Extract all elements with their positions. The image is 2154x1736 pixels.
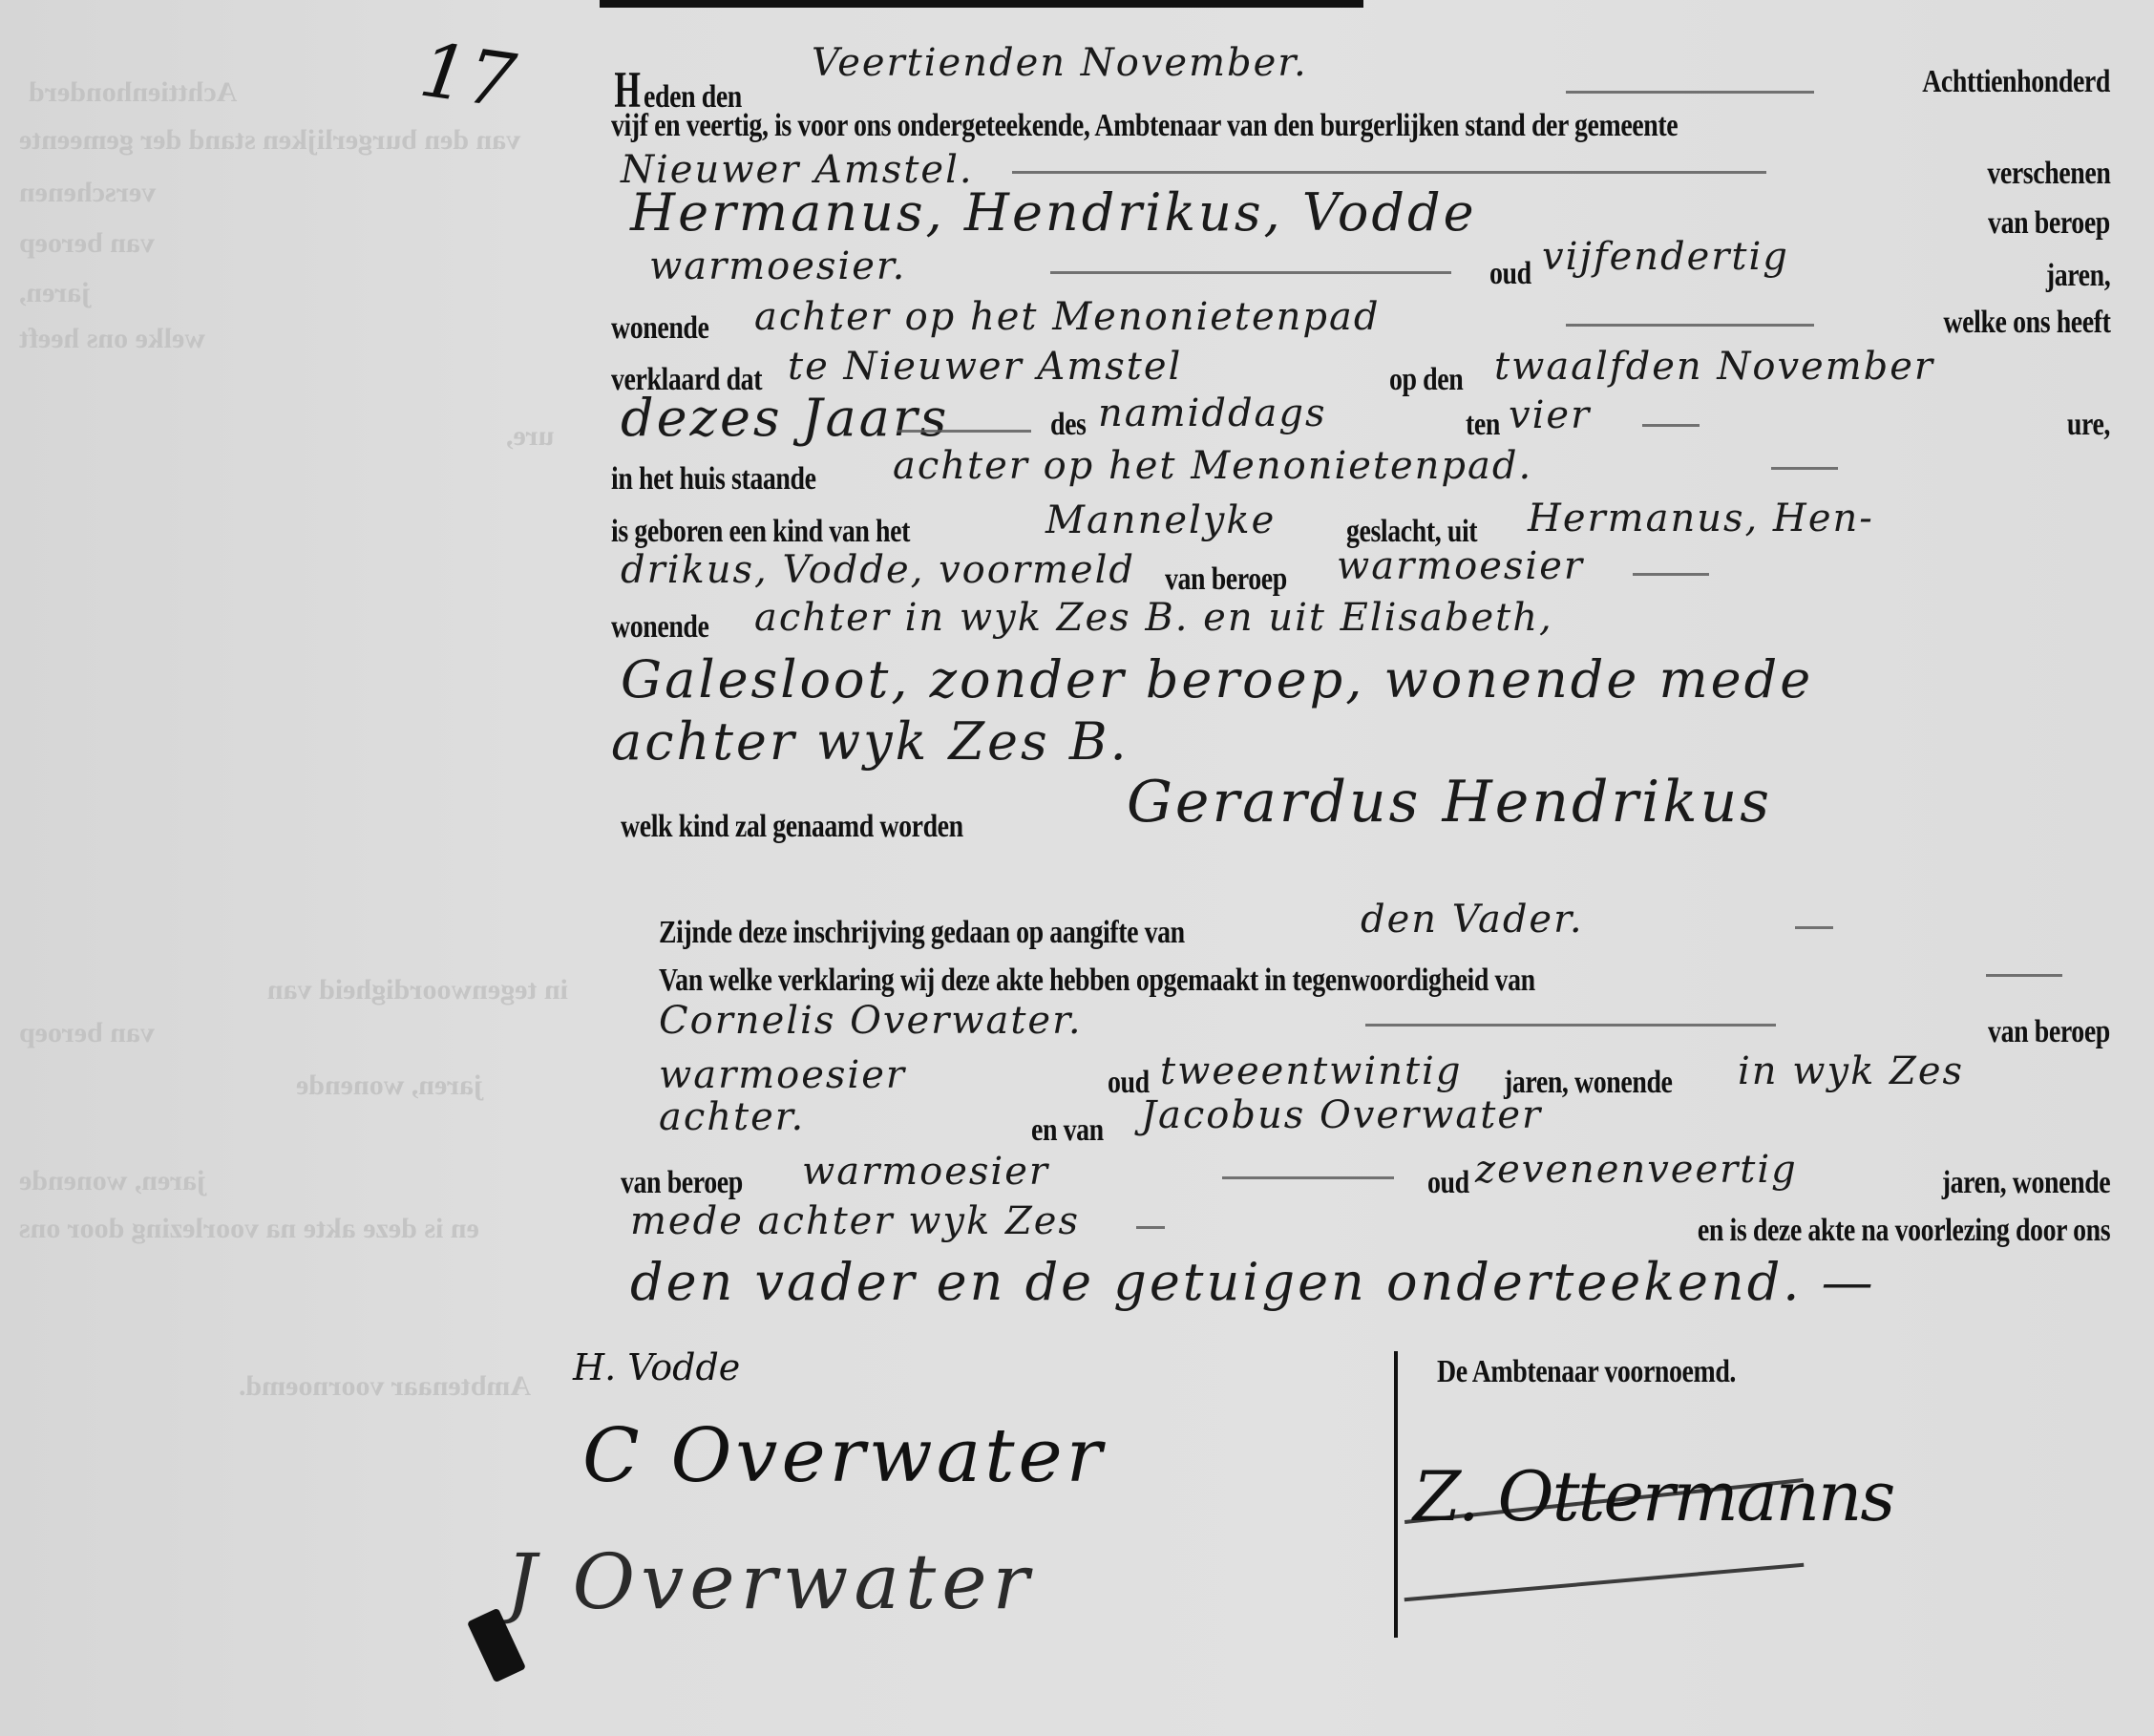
filler-dash (1365, 1024, 1776, 1027)
hw-date: Veertienden November. (812, 41, 1308, 85)
line-mother: Galesloot, zonder beroep, wonende mede (611, 659, 2110, 716)
hw-witness1-residence-b: achter. (659, 1095, 805, 1139)
filler-dash (897, 430, 1031, 433)
printed-en-is-deze-akte: en is deze akte na voorlezing door ons (1698, 1213, 2110, 1249)
hw-witness1-age: tweeentwintig (1160, 1049, 1462, 1093)
hw-birth-place: te Nieuwer Amstel (788, 345, 1182, 389)
printed-van-beroep: van beroep (1988, 205, 2110, 242)
printed-welk-kind: welk kind zal genaamd worden (621, 809, 963, 845)
hw-mother-residence: achter wyk Zes B. (611, 711, 1130, 772)
filler-dash (1050, 271, 1451, 274)
official-signature-bracket (1394, 1351, 1398, 1638)
printed-van-beroep: van beroep (621, 1165, 743, 1201)
hw-declarant-occupation: warmoesier. (649, 244, 906, 288)
hw-hour: vier (1509, 393, 1591, 437)
hw-witness2-occupation: warmoesier (802, 1150, 1049, 1194)
bleed-through-text: jaren, wonende (296, 1069, 483, 1102)
filler-dash (1771, 467, 1838, 470)
hw-birth-date: twaalfden November (1494, 345, 1934, 389)
bleed-through-text: van beroep (19, 227, 155, 260)
printed-year: Achttienhonderd (1922, 64, 2110, 100)
filler-dash (1795, 926, 1833, 929)
bleed-through-text: en is deze akte na voorlezing door ons (19, 1213, 479, 1245)
printed-zijnde-deze: Zijnde deze inschrijving gedaan op aangi… (659, 915, 1185, 951)
printed-des: des (1050, 407, 1087, 443)
hw-witness1-occupation: warmoesier (659, 1053, 906, 1097)
hw-witness2-residence: mede achter wyk Zes (630, 1199, 1080, 1243)
hw-mother: Galesloot, zonder beroep, wonende mede (621, 649, 1813, 709)
hw-father-a: Hermanus, Hen- (1528, 497, 1874, 540)
bleed-through-text: van beroep (19, 1017, 155, 1049)
hw-father-occupation: warmoesier (1337, 544, 1584, 588)
bleed-through-text: jaren, wonende (19, 1165, 206, 1197)
printed-oud: oud (1427, 1165, 1469, 1201)
hw-informant: den Vader. (1361, 898, 1584, 942)
bleed-through-text: welke ons heeft (19, 323, 205, 355)
bleed-through-text: Achttienhonderd (29, 76, 237, 109)
hw-birth-house: achter op het Menonietenpad. (893, 444, 1532, 488)
hw-father-residence: achter in wyk Zes B. en uit Elisabeth, (754, 596, 1553, 640)
printed-jaren-wonende: jaren, wonende (1941, 1165, 2110, 1201)
filler-dash (1136, 1226, 1165, 1229)
filler-dash (1566, 324, 1814, 327)
hw-witness1-name: Cornelis Overwater. (659, 999, 1083, 1043)
printed-verschenen: verschenen (1987, 156, 2110, 192)
printed-van-beroep: van beroep (1988, 1014, 2110, 1050)
hw-time-of-day: namiddags (1098, 392, 1327, 435)
printed-is-geboren: is geboren een kind van het (611, 514, 910, 550)
line-house: in het huis staande achter op het Menoni… (611, 454, 2110, 511)
signature-witness2: J Overwater (506, 1537, 1035, 1626)
entry-number: 17 (414, 28, 520, 126)
filler-dash (1012, 171, 1766, 174)
hw-declarant-residence: achter op het Menonietenpad (754, 295, 1380, 339)
line-child-name: welk kind zal genaamd worden Gerardus He… (611, 797, 2110, 855)
signature-witness1: C Overwater (582, 1413, 1106, 1499)
printed-op-den: op den (1389, 362, 1463, 398)
bleed-through-text: in tegenwoordigheid van (267, 974, 568, 1006)
bleed-through-text: ure, (506, 420, 554, 453)
printed-wonende: wonende (611, 609, 708, 646)
filler-dash (1986, 974, 2062, 977)
signature-declarant: H. Vodde (573, 1346, 740, 1388)
filler-dash (1566, 91, 1814, 94)
filler-dash (1642, 424, 1700, 427)
printed-intro: vijf en veertig, is voor ons ondergeteek… (611, 108, 2114, 144)
signature-flourish (1404, 1563, 1805, 1602)
bleed-through-text: jaren, (19, 277, 91, 309)
hw-declarant-age: vijfendertig (1542, 235, 1789, 279)
register-page: Achttienhonderd van den burgerlijken sta… (0, 0, 2154, 1736)
printed-ure: ure, (2067, 407, 2110, 443)
printed-van-beroep: van beroep (1165, 561, 1287, 598)
hw-father-b: drikus, Vodde, voormeld (621, 548, 1135, 592)
page-top-border (600, 0, 1363, 8)
hw-declarant: Hermanus, Hendrikus, Vodde (630, 182, 1477, 243)
hw-closing: den vader en de getuigen onderteekend. — (630, 1252, 1876, 1312)
bleed-through-text: Ambtenaar voornoemd. (239, 1370, 531, 1403)
printed-in-het-huis: in het huis staande (611, 461, 816, 498)
hw-witness2-age: zevenenveertig (1475, 1148, 1798, 1192)
bleed-through-text: verschenen (19, 177, 156, 209)
hw-witness2-name: Jacobus Overwater (1141, 1093, 1542, 1137)
hw-sex: Mannelyke (1045, 498, 1276, 542)
printed-oud: oud (1489, 256, 1531, 292)
printed-van-welke: Van welke verklaring wij deze akte hebbe… (659, 963, 1535, 999)
hw-child-name: Gerardus Hendrikus (1127, 769, 1772, 836)
printed-welke-ons-heeft: welke ons heeft (1943, 305, 2110, 341)
filler-dash (1222, 1176, 1394, 1179)
printed-wonende: wonende (611, 310, 708, 347)
bleed-through-text: van den burgerlijken stand der gemeente (19, 124, 520, 157)
hw-year-ref: dezes Jaars (621, 388, 949, 448)
printed-jaren: jaren, (2046, 258, 2110, 294)
printed-ten: ten (1466, 407, 1500, 443)
official-label: De Ambtenaar voornoemd. (1437, 1354, 1736, 1390)
line-closing: den vader en de getuigen onderteekend. — (611, 1265, 2110, 1323)
printed-en-van: en van (1031, 1112, 1104, 1149)
filler-dash (1633, 573, 1709, 576)
hw-witness1-residence-a: in wyk Zes (1738, 1049, 1964, 1093)
